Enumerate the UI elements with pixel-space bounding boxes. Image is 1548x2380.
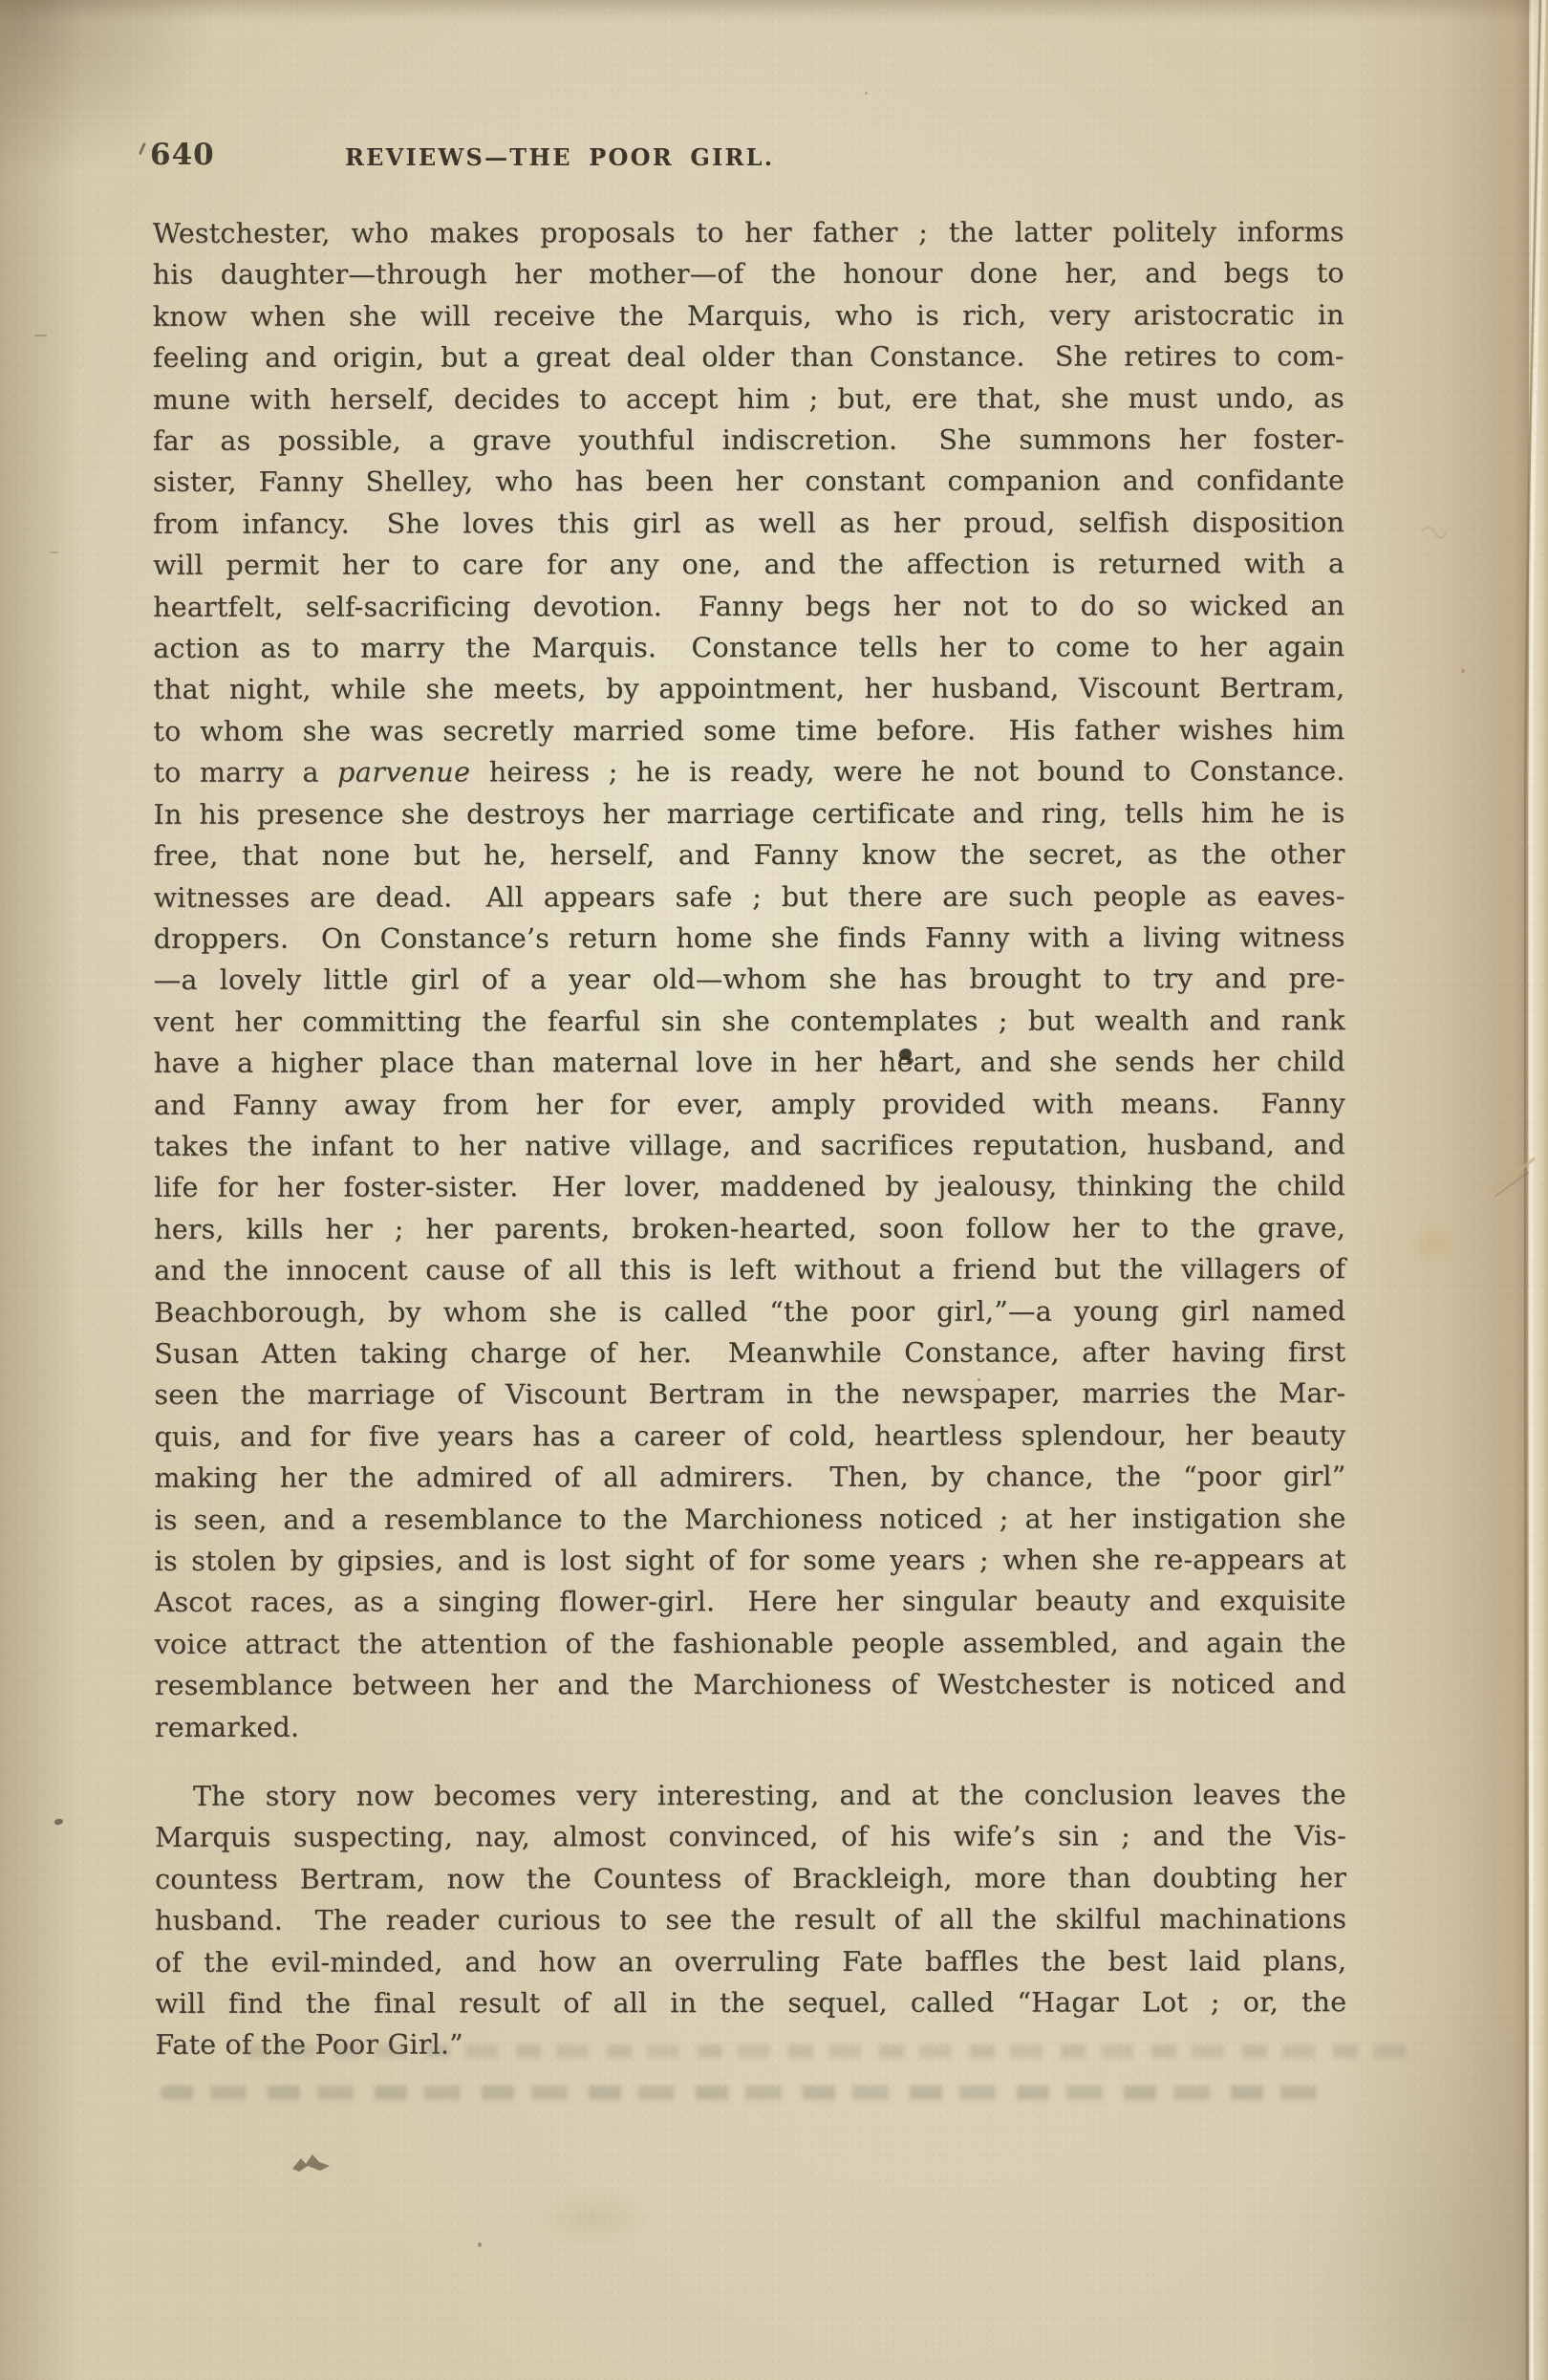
page-body: Westchester, who makes proposals to her … [153, 211, 1347, 2066]
text-line: takes the infant to her native village, … [154, 1124, 1345, 1167]
text-line: hers, kills her ; her parents, broken-he… [154, 1207, 1345, 1250]
text-line: droppers. On Constance’s return home she… [154, 917, 1345, 960]
scanned-book-page: 640 REVIEWS—THE POOR GIRL. Westchester, … [0, 0, 1548, 2380]
text-line: sister, Fanny Shelley, who has been her … [153, 461, 1344, 504]
text-line: and Fanny away from her for ever, amply … [154, 1083, 1345, 1126]
text-line: that night, while she meets, by appointm… [153, 668, 1344, 711]
text-line: to whom she was secretly married some ti… [153, 709, 1344, 752]
margin-pencil-mark [34, 335, 47, 336]
text-line: Westchester, who makes proposals to her … [153, 211, 1344, 254]
text-line: heartfelt, self-sacrificing devotion. Fa… [153, 585, 1344, 628]
text-line: quis, and for five years has a career of… [154, 1415, 1345, 1458]
paragraph: Westchester, who makes proposals to her … [153, 211, 1346, 1748]
text-line: life for her foster-sister. Her lover, m… [154, 1165, 1345, 1208]
text-line: Fate of the Poor Girl.” [155, 2023, 1346, 2066]
ink-smudge [290, 2153, 333, 2179]
text-line: witnesses are dead. All appears safe ; b… [154, 876, 1345, 919]
text-line: The story now becomes very interesting, … [155, 1774, 1346, 1817]
ink-speck [865, 92, 868, 95]
text-line: husband. The reader curious to see the r… [155, 1898, 1346, 1941]
text-line: remarked. [155, 1705, 1346, 1748]
text-line: seen the marriage of Viscount Bertram in… [154, 1374, 1345, 1417]
page-number: 640 [150, 138, 215, 172]
ink-speck [54, 1818, 63, 1826]
text-line: free, that none but he, herself, and Fan… [154, 833, 1345, 876]
text-line: will find the final result of all in the… [155, 1981, 1346, 2024]
text-line: his daughter—through her mother—of the h… [153, 253, 1344, 296]
text-line: countess Bertram, now the Countess of Br… [155, 1857, 1346, 1900]
ink-speck [478, 2242, 482, 2247]
show-through-text [161, 2086, 1322, 2100]
text-line: making her the admired of all admirers. … [154, 1456, 1345, 1499]
text-line: and the innocent cause of all this is le… [154, 1248, 1345, 1291]
text-line: action as to marry the Marquis. Constanc… [153, 626, 1344, 669]
text-line: voice attract the attention of the fashi… [155, 1622, 1346, 1665]
text-line: mune with herself, decides to accept him… [153, 378, 1344, 421]
text-line: far as possible, a grave youthful indisc… [153, 419, 1344, 462]
page-fold-strip [1531, 0, 1548, 2380]
ink-speck [1461, 669, 1465, 673]
text-line: from infancy. She loves this girl as wel… [153, 502, 1344, 545]
page-edge-shadow-top [0, 0, 1548, 21]
text-line: Marquis suspecting, nay, almost convince… [155, 1816, 1346, 1859]
text-line: will permit her to care for any one, and… [153, 543, 1344, 586]
text-line: feeling and origin, but a great deal old… [153, 335, 1344, 379]
text-line: is stolen by gipsies, and is lost sight … [155, 1539, 1346, 1582]
text-line: to marry a parvenue heiress ; he is read… [153, 750, 1344, 793]
text-line: is seen, and a resemblance to the Marchi… [155, 1498, 1346, 1541]
text-line: resemblance between her and the Marchion… [155, 1663, 1346, 1706]
text-line: —a lovely little girl of a year old—whom… [154, 958, 1345, 1001]
margin-pencil-mark [50, 552, 58, 553]
page-gutter-shadow [1338, 0, 1529, 2380]
running-head: REVIEWS—THE POOR GIRL. [345, 143, 774, 171]
text-line: Ascot races, as a singing flower-girl. H… [155, 1581, 1346, 1624]
page-edge-shadow-left [0, 0, 81, 2380]
text-line: have a higher place than maternal love i… [154, 1041, 1345, 1084]
text-line: vent her committing the fearful sin she … [154, 1000, 1345, 1043]
text-line: of the evil-minded, and how an overrulin… [155, 1940, 1346, 1983]
text-line: Beachborough, by whom she is called “the… [154, 1290, 1345, 1333]
paper-stain [535, 2189, 650, 2246]
paragraph: The story now becomes very interesting, … [155, 1774, 1346, 2066]
text-line: In his presence she destroys her marriag… [153, 792, 1344, 835]
text-line: know when she will receive the Marquis, … [153, 294, 1344, 337]
paper-stain [1408, 1222, 1461, 1266]
text-line: Susan Atten taking charge of her. Meanwh… [154, 1331, 1345, 1374]
